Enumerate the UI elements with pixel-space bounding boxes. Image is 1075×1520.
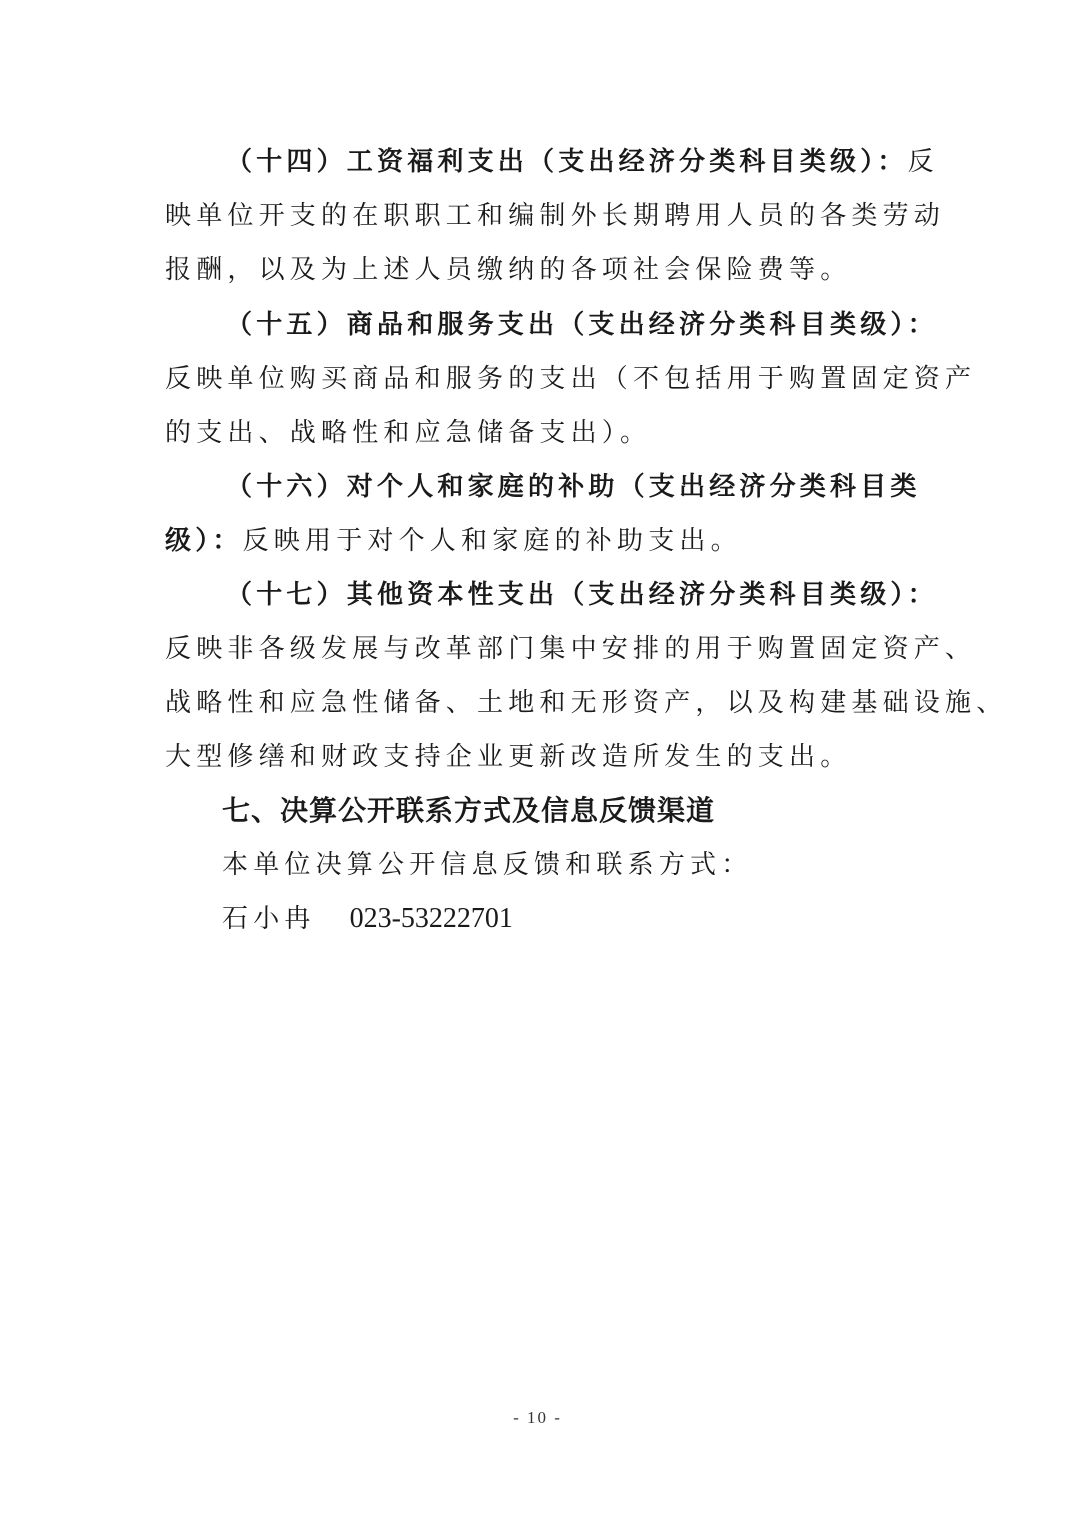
section-16-text: 反映用于对个人和家庭的补助支出。 [243,526,742,556]
contact-line: 石小冉023-53222701 [222,899,513,939]
document-page: （十四）工资福利支出（支出经济分类科目类级）：反 映单位开支的在职职工和编制外长… [0,0,1075,1520]
contact-section-heading: 七、决算公开联系方式及信息反馈渠道 [222,791,715,831]
section-17-line-3: 战略性和应急性储备、土地和无形资产，以及构建基础设施、 [165,683,1007,723]
section-16-line-2: 级）：反映用于对个人和家庭的补助支出。 [165,521,742,561]
section-15-line-2: 反映单位购买商品和服务的支出（不包括用于购置固定资产 [165,359,976,399]
section-17-line-2: 反映非各级发展与改革部门集中安排的用于购置固定资产、 [165,629,976,669]
section-17-line-4: 大型修缮和财政支持企业更新改造所发生的支出。 [165,737,851,777]
contact-intro: 本单位决算公开信息反馈和联系方式： [222,845,752,885]
section-16-line-1: （十六）对个人和家庭的补助（支出经济分类科目类 [226,467,921,507]
section-15-title: （十五）商品和服务支出（支出经济分类科目类级）： [226,310,938,340]
section-14-title: （十四）工资福利支出（支出经济分类科目类级）： [226,147,908,177]
page-number: - 10 - [0,1408,1075,1428]
section-14-text: 反 [908,147,939,177]
section-16-title: （十六）对个人和家庭的补助（支出经济分类科目类 [226,472,921,502]
section-14-line-1: （十四）工资福利支出（支出经济分类科目类级）：反 [226,142,939,182]
contact-name: 石小冉 [222,904,316,934]
section-17-line-1: （十七）其他资本性支出（支出经济分类科目类级）： [226,575,938,615]
section-17-title: （十七）其他资本性支出（支出经济分类科目类级）： [226,580,938,610]
section-15-line-3: 的支出、战略性和应急储备支出）。 [165,413,651,453]
contact-phone: 023-53222701 [350,903,513,934]
section-14-line-3: 报酬，以及为上述人员缴纳的各项社会保险费等。 [165,250,851,290]
section-14-line-2: 映单位开支的在职职工和编制外长期聘用人员的各类劳动 [165,196,945,236]
section-16-title-end: 级）： [165,526,243,556]
section-15-line-1: （十五）商品和服务支出（支出经济分类科目类级）： [226,305,938,345]
